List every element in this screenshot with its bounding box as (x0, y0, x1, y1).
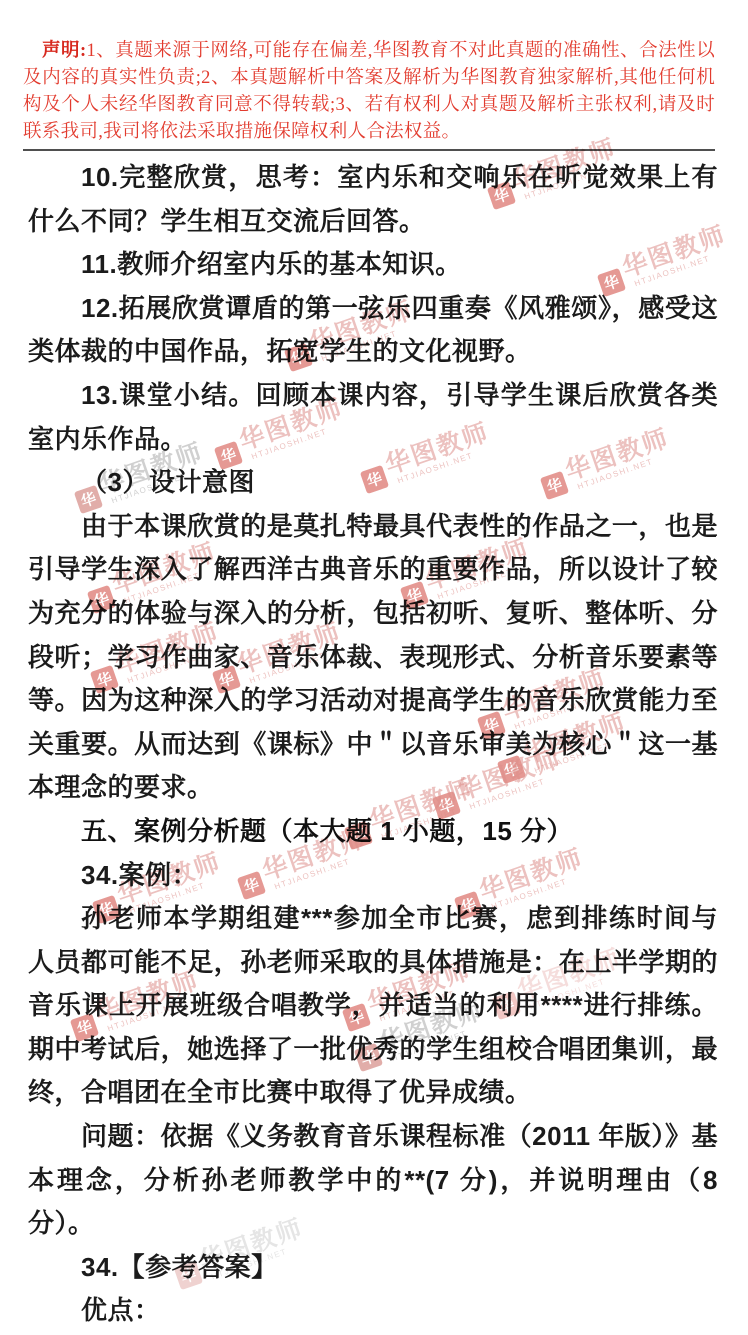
paragraph: 问题：依据《义务教育音乐课程标准（2011 年版）》基本理念，分析孙老师教学中的… (28, 1115, 718, 1246)
paragraph: 34.【参考答案】 (28, 1246, 718, 1290)
document-body: 10.完整欣赏，思考：室内乐和交响乐在听觉效果上有什么不同？学生相互交流后回答。… (28, 156, 718, 1333)
paragraph: 12.拓展欣赏谭盾的第一弦乐四重奏《风雅颂》，感受这类体裁的中国作品，拓宽学生的… (28, 287, 718, 374)
paragraph: （3）设计意图 (28, 461, 718, 505)
paragraph: 孙老师本学期组建***参加全市比赛，虑到排练时间与人员都可能不足，孙老师采取的具… (28, 897, 718, 1115)
paragraph: 13.课堂小结。回顾本课内容，引导学生课后欣赏各类室内乐作品。 (28, 374, 718, 461)
disclaimer-notice: 声明:1、真题来源于网络,可能存在偏差,华图教育不对此真题的准确性、合法性以及内… (23, 38, 715, 146)
disclaimer-text: 1、真题来源于网络,可能存在偏差,华图教育不对此真题的准确性、合法性以及内容的真… (23, 41, 715, 142)
divider-line (23, 149, 715, 151)
paragraph: 优点： (28, 1289, 718, 1333)
paragraph: 由于本课欣赏的是莫扎特最具代表性的作品之一，也是引导学生深入了解西洋古典音乐的重… (28, 505, 718, 810)
paragraph: 11.教师介绍室内乐的基本知识。 (28, 243, 718, 287)
document-page: 声明:1、真题来源于网络,可能存在偏差,华图教育不对此真题的准确性、合法性以及内… (0, 0, 748, 1335)
paragraph: 34.案例： (28, 854, 718, 898)
paragraph: 10.完整欣赏，思考：室内乐和交响乐在听觉效果上有什么不同？学生相互交流后回答。 (28, 156, 718, 243)
disclaimer-label: 声明: (42, 41, 87, 61)
section-heading: 五、案例分析题（本大题 1 小题，15 分） (28, 810, 718, 854)
